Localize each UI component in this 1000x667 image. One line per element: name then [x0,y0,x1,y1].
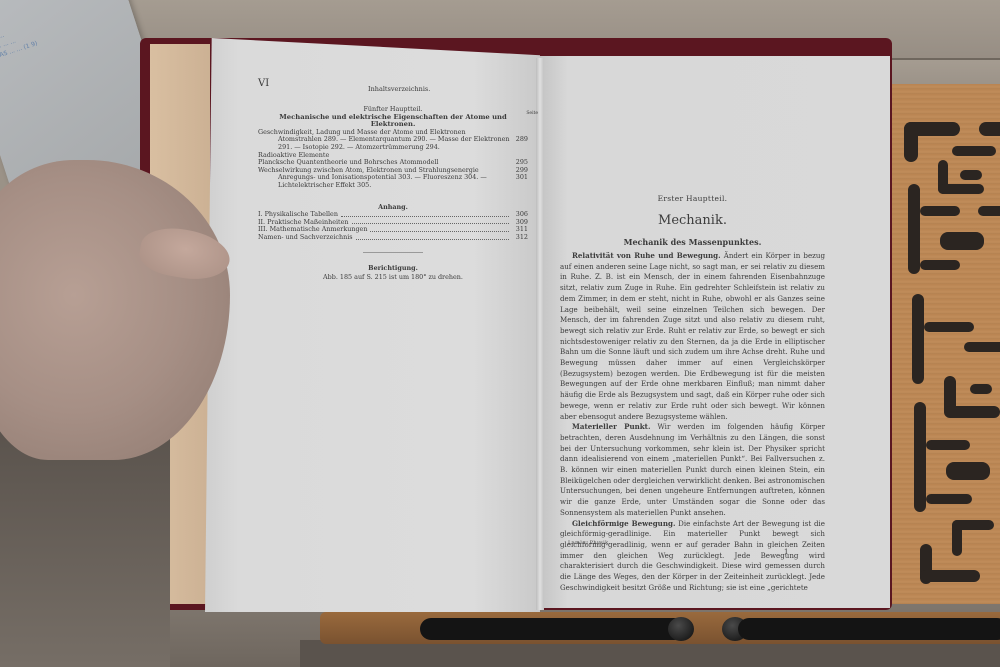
stand-cutout [960,170,982,180]
leader-dots [352,219,509,225]
book-gutter [536,58,544,610]
stand-cutout [920,206,960,216]
stand-cutout [920,260,960,270]
page-holder-rod-right[interactable] [738,618,1000,640]
stand-cutout [938,184,984,194]
appendix-entry: Namen- und Sachverzeichnis312 [258,234,528,242]
box-label-text: ... ... ... MA... ... ... • MAS ... ... … [0,0,124,63]
seite-label: Seite [526,110,538,118]
ledge-shadow [300,640,1000,667]
chapter-page: Erster Hauptteil. Mechanik. Mechanik des… [560,194,825,594]
page-number: VI [258,80,269,88]
table-of-contents: VI Inhaltsverzeichnis. Fünfter Hauptteil… [258,80,528,282]
erratum-text: Abb. 185 auf S. 215 ist um 180° zu drehe… [258,274,528,282]
stand-cutout [912,294,924,384]
stand-cutout [944,406,1000,418]
toc-entry: Anregungs- und Ionisationspotential 303.… [258,174,528,189]
stand-cutout [979,122,1000,136]
toc-entry: Atomstrahlen 289. — Elementarquantum 290… [258,136,528,151]
stand-cutout [920,570,980,582]
stand-cutout [926,440,970,450]
erratum-title: Berichtigung. [258,265,528,273]
stand-cutout [940,232,984,250]
running-head: Inhaltsverzeichnis. [368,86,430,94]
section-title: Mechanik des Massenpunktes. [560,237,825,247]
paragraph: Materieller Punkt. Wir werden im folgend… [560,422,825,518]
stand-cutout [946,462,990,480]
stand-cutout [970,384,992,394]
leader-dots [370,226,509,232]
chapter-title: Mechanik. [560,213,825,228]
stand-cutout [964,342,1000,352]
footer-signature: Lamla, Physik. [568,540,611,546]
paragraph: Gleichförmige Bewegung. Die einfachste A… [560,519,825,594]
leader-dots [341,211,509,217]
stand-cutout [952,520,994,530]
bamboo-book-stand [884,84,1000,604]
page-holder-knob-left[interactable] [668,617,694,641]
folio-number: 1 [784,548,788,556]
stand-cutout [952,146,996,156]
stand-cutout [924,322,974,332]
stand-cutout [914,402,926,512]
stand-cutout [978,206,1000,216]
leader-dots [356,234,509,240]
part-title: Mechanische und elektrische Eigenschafte… [258,114,528,129]
paragraph: Relativität von Ruhe und Bewegung. Änder… [560,251,825,422]
part-label: Erster Hauptteil. [560,194,825,203]
stand-cutout [904,122,918,162]
page-holder-rod-left[interactable] [420,618,685,640]
divider [363,252,423,253]
stand-cutout [908,184,920,274]
stand-cutout [926,494,972,504]
